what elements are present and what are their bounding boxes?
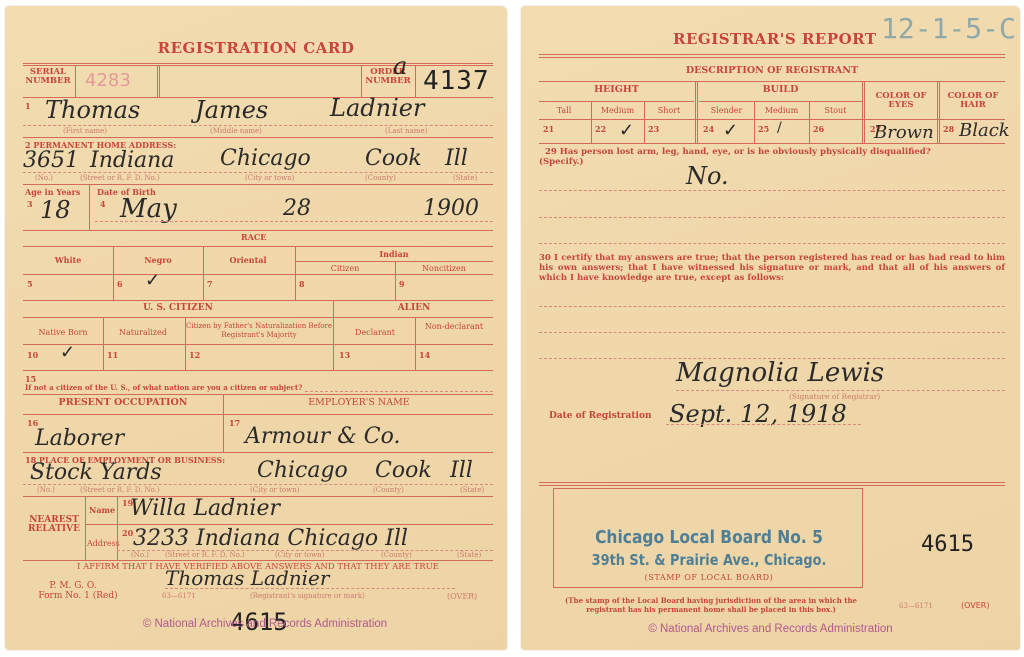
- serial-number-value: 4283: [85, 70, 131, 91]
- home-address-no: 3651: [23, 148, 79, 173]
- registrar-signature: Magnolia Lewis: [676, 358, 884, 388]
- order-number-prefix: a: [393, 52, 407, 80]
- divider: [23, 230, 493, 231]
- divider: [23, 560, 493, 561]
- divider: [539, 306, 1005, 307]
- employment-city: Chicago: [257, 458, 348, 483]
- registration-card-front: REGISTRATION CARD SERIAL NUMBER 4283 ORD…: [5, 6, 507, 650]
- divider: [809, 101, 810, 143]
- caption: (State): [453, 174, 477, 182]
- divider: [666, 424, 861, 425]
- divider: [95, 221, 493, 222]
- eye-color-value: Brown: [874, 122, 934, 143]
- age-value: 18: [40, 196, 71, 224]
- divider: [23, 300, 493, 301]
- field-number: 4: [100, 199, 106, 209]
- divider: [23, 452, 493, 453]
- divider: [644, 101, 645, 143]
- first-name: Thomas: [45, 96, 140, 124]
- stamp-caption: (STAMP OF LOCAL BOARD): [554, 573, 864, 582]
- divider: [591, 101, 592, 143]
- divider: [539, 101, 694, 102]
- field-number: 17: [229, 418, 240, 428]
- field-number: 22: [595, 124, 606, 134]
- divider: [539, 81, 1005, 82]
- home-address-county: Cook: [365, 146, 422, 171]
- race-heading: RACE: [241, 233, 266, 242]
- divider: [23, 246, 493, 247]
- divider: [23, 184, 493, 185]
- middle-name-caption: (Middle name): [210, 127, 262, 135]
- height-medium-checkmark: ✓: [619, 120, 634, 141]
- home-address-street: Indiana: [90, 148, 174, 173]
- q30-certification: 30 I certify that my answers are true; t…: [539, 253, 1005, 283]
- divider: [295, 261, 493, 262]
- divider: [85, 524, 493, 525]
- print-code: 63—6171: [899, 602, 933, 610]
- caption: (County): [373, 486, 404, 494]
- relative-address-label: Address: [87, 539, 120, 548]
- divider: [305, 391, 493, 392]
- copyright-watermark: © National Archives and Records Administ…: [5, 618, 525, 630]
- field-number: 21: [543, 124, 554, 134]
- caption: (County): [381, 551, 412, 559]
- field-number: 13: [339, 350, 350, 360]
- field-number: 14: [419, 350, 430, 360]
- race-negro-checkmark: ✓: [145, 270, 160, 291]
- divider: [75, 65, 76, 97]
- race-indian-noncitizen-label: Noncitizen: [395, 264, 493, 273]
- nearest-relative-label: NEAREST RELATIVE: [23, 516, 85, 534]
- naturalized-label: Naturalized: [103, 328, 183, 337]
- report-title: REGISTRAR'S REPORT: [673, 30, 877, 48]
- build-slender-label: Slender: [699, 106, 754, 115]
- dob-month: May: [120, 194, 177, 224]
- field-number: 5: [27, 279, 33, 289]
- copyright-watermark: © National Archives and Records Administ…: [521, 623, 1020, 635]
- divider: [23, 394, 493, 395]
- print-code: 63—6171: [162, 592, 196, 600]
- native-born-checkmark: ✓: [60, 342, 75, 363]
- divider: [23, 344, 493, 345]
- dob-year: 1900: [423, 196, 479, 221]
- occupation-label: PRESENT OCCUPATION: [23, 398, 223, 407]
- citizen-by-father-label: Citizen by Father's Naturalization Befor…: [185, 322, 333, 340]
- dob-day: 28: [283, 196, 311, 221]
- registration-date-label: Date of Registration: [549, 412, 652, 421]
- divider: [539, 119, 1005, 120]
- form-id-line2: Form No. 1 (Red): [23, 592, 133, 601]
- divider: [395, 261, 396, 300]
- divider: [539, 217, 1005, 218]
- divider: [23, 414, 493, 415]
- employment-state: Ill: [450, 458, 473, 483]
- divider: [539, 190, 1005, 191]
- build-heading: BUILD: [699, 85, 862, 94]
- q29-question: 29 Has person lost arm, leg, hand, eye, …: [545, 148, 931, 157]
- registrant-signature: Thomas Ladnier: [165, 566, 329, 590]
- divider: [23, 274, 493, 275]
- native-born-label: Native Born: [23, 328, 103, 337]
- relative-name-label: Name: [89, 506, 115, 515]
- non-declarant-label: Non-declarant: [415, 322, 493, 331]
- signature-caption: (Registrant's signature or mark): [250, 592, 365, 600]
- occupation-value: Laborer: [35, 426, 124, 451]
- description-heading: DESCRIPTION OF REGISTRANT: [539, 66, 1005, 75]
- q29-answer: No.: [686, 162, 729, 190]
- build-stout-label: Stout: [809, 106, 862, 115]
- caption: (Street or R. F. D. No.): [80, 174, 160, 182]
- field-number: 8: [299, 279, 305, 289]
- serial-number-label: SERIAL NUMBER: [23, 68, 73, 86]
- field-number: 20: [122, 528, 133, 538]
- build-slender-checkmark: ✓: [723, 120, 738, 141]
- divider: [23, 484, 493, 485]
- stamp-code: 12-1-5-C: [881, 12, 1016, 45]
- employment-street: Stock Yards: [30, 460, 162, 485]
- first-name-caption: (First name): [63, 127, 107, 135]
- field-number: 26: [813, 124, 824, 134]
- local-board-stamp-box: Chicago Local Board No. 5 39th St. & Pra…: [553, 488, 863, 588]
- field-number: 24: [703, 124, 714, 134]
- divider: [539, 482, 1005, 483]
- divider: [539, 332, 1005, 333]
- divider: [89, 184, 90, 230]
- divider: [539, 57, 1005, 58]
- declarant-label: Declarant: [335, 328, 415, 337]
- caption: (City or town): [275, 551, 324, 559]
- caption: (State): [457, 551, 481, 559]
- registrars-report-back: REGISTRAR'S REPORT 12-1-5-C DESCRIPTION …: [521, 6, 1020, 650]
- field-number: 7: [207, 279, 213, 289]
- divider: [695, 81, 698, 143]
- divider: [165, 588, 455, 589]
- divider: [539, 143, 1005, 144]
- divider: [203, 246, 204, 300]
- divider: [333, 300, 334, 370]
- field-number: 6: [117, 279, 123, 289]
- divider: [754, 101, 755, 143]
- card-title: REGISTRATION CARD: [5, 39, 507, 57]
- divider: [23, 137, 493, 138]
- caption: (No.): [131, 551, 149, 559]
- hair-color-label: COLOR OF HAIR: [941, 92, 1005, 110]
- last-name: Ladnier: [330, 94, 424, 122]
- field-number: 12: [189, 350, 200, 360]
- field-number: 1: [25, 101, 31, 111]
- hair-color-value: Black: [959, 120, 1010, 141]
- over-label: (OVER): [447, 592, 477, 601]
- relative-address-value: 3233 Indiana Chicago Ill: [133, 526, 408, 551]
- divider: [699, 101, 862, 102]
- caption: (No.): [35, 174, 53, 182]
- caption: (County): [365, 174, 396, 182]
- field-number: 9: [399, 279, 405, 289]
- race-indian-label: Indian: [295, 250, 493, 259]
- divider: [539, 54, 1005, 55]
- height-tall-label: Tall: [539, 106, 589, 115]
- divider: [113, 246, 114, 300]
- home-address-city: Chicago: [220, 146, 311, 171]
- field-number: 25: [758, 124, 769, 134]
- last-name-caption: (Last name): [385, 127, 427, 135]
- divider: [937, 81, 940, 143]
- over-label: (OVER): [961, 601, 989, 610]
- field-number: 23: [648, 124, 659, 134]
- divider: [539, 485, 1005, 486]
- divider: [295, 246, 296, 300]
- caption: (Street or R. F. D. No.): [80, 486, 160, 494]
- build-medium-mark: /: [777, 120, 782, 136]
- alien-heading: ALIEN: [335, 304, 493, 313]
- divider: [23, 317, 493, 318]
- order-number-value: 4137: [423, 66, 490, 96]
- caption: (Street or R. F. D. No.): [165, 551, 245, 559]
- divider: [676, 390, 1005, 391]
- race-negro-label: Negro: [113, 256, 203, 265]
- back-number: 4615: [921, 532, 974, 557]
- divider: [157, 65, 160, 97]
- field-number: 28: [943, 124, 954, 134]
- employment-county: Cook: [375, 458, 432, 483]
- employer-label: EMPLOYER'S NAME: [225, 398, 493, 407]
- race-oriental-label: Oriental: [203, 256, 293, 265]
- divider: [23, 172, 493, 173]
- field-number: 11: [107, 350, 118, 360]
- caption: (City or town): [245, 174, 294, 182]
- caption: (City or town): [250, 486, 299, 494]
- height-short-label: Short: [644, 106, 694, 115]
- divider: [85, 496, 86, 560]
- relative-name-value: Willa Ladnier: [130, 496, 280, 521]
- middle-name: James: [195, 96, 268, 124]
- divider: [415, 65, 416, 97]
- us-citizen-heading: U. S. CITIZEN: [23, 304, 333, 313]
- field-number: 10: [27, 350, 38, 360]
- stamp-board-address: 39th St. & Prairie Ave., Chicago.: [576, 551, 843, 569]
- race-indian-citizen-label: Citizen: [295, 264, 395, 273]
- caption: (No.): [37, 486, 55, 494]
- stamp-board-name: Chicago Local Board No. 5: [576, 527, 843, 548]
- eye-color-label: COLOR OF EYES: [866, 92, 936, 110]
- divider: [862, 81, 865, 143]
- employer-value: Armour & Co.: [245, 424, 400, 449]
- q29-specify: (Specify.): [539, 158, 584, 167]
- height-medium-label: Medium: [591, 106, 644, 115]
- divider: [539, 243, 1005, 244]
- divider: [23, 370, 493, 371]
- caption: (State): [460, 486, 484, 494]
- form-id-line1: P. M. G. O.: [23, 582, 123, 591]
- height-heading: HEIGHT: [539, 85, 694, 94]
- race-white-label: White: [23, 256, 113, 265]
- divider: [361, 65, 362, 97]
- nation-question: If not a citizen of the U. S., of what n…: [25, 383, 302, 392]
- stamp-note: (The stamp of the Local Board having jur…: [546, 596, 876, 614]
- field-number: 3: [27, 199, 33, 209]
- home-address-state: Ill: [445, 146, 468, 171]
- divider: [223, 394, 224, 452]
- divider: [23, 125, 493, 126]
- build-medium-label: Medium: [754, 106, 809, 115]
